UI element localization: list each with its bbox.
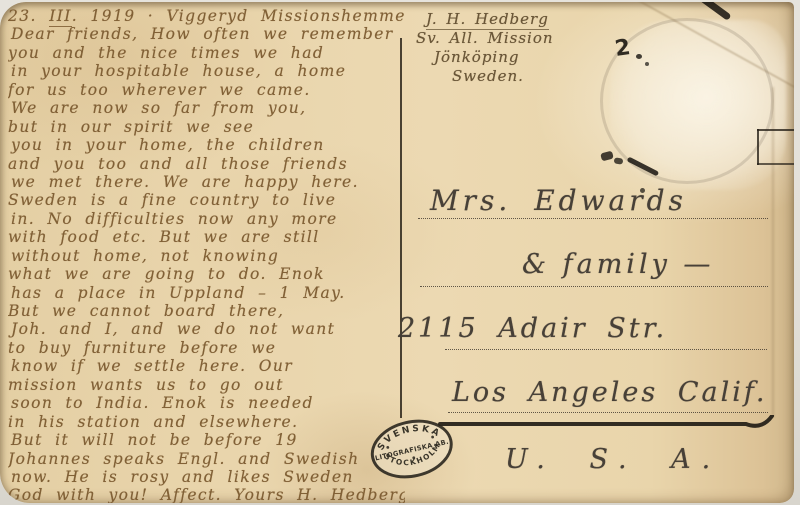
letter-line: but in our spirit we see — [8, 118, 405, 136]
hand-drawn-underline — [438, 415, 784, 433]
address-dotted-rule — [445, 349, 767, 350]
letter-line: we met there. We are happy here. — [11, 173, 405, 191]
address-dotted-rule — [420, 286, 768, 287]
letter-line: you and the nice times we had — [8, 44, 405, 62]
address-recipient: Mrs. Edwards — [430, 184, 687, 217]
letter-line: to buy furniture before we — [8, 339, 405, 357]
letter-line: now. He is rosy and likes Sweden — [11, 468, 405, 486]
sender-city: Jönköping — [434, 48, 554, 67]
address-family: & family — — [522, 249, 714, 280]
letter-line: mission wants us to go out — [8, 376, 405, 394]
address-dotted-rule — [418, 218, 768, 219]
sender-name: J. H. Hedberg — [426, 10, 554, 29]
stamp-box-corner — [757, 129, 794, 131]
letter-line: and you too and all those friends — [8, 155, 405, 173]
postcard: 23. III. 1919 · Viggeryd Missionshemmet … — [0, 2, 794, 503]
stamp-box-corner — [757, 163, 794, 165]
address-country: U. S. A. — [505, 444, 721, 475]
letter-line: Sweden is a fine country to live — [8, 191, 405, 209]
letter-line: know if we settle here. Our — [11, 357, 405, 375]
letter-line: has a place in Uppland – 1 May. — [11, 284, 405, 302]
sender-country: Sweden. — [452, 67, 554, 86]
postmark-digit: 2 — [613, 35, 632, 62]
letter-line: Dear friends, How often we remember — [11, 25, 405, 43]
date-line: 23. III. 1919 · Viggeryd Missionshemmet — [8, 7, 405, 25]
sender-block: J. H. Hedberg Sv. All. Mission Jönköping… — [416, 10, 554, 86]
letter-line: for us too wherever we came. — [8, 81, 405, 99]
letter-line: Joh. and I, and we do not want — [11, 320, 405, 338]
address-dotted-rule — [448, 412, 768, 413]
letter-line: God with you! Affect. Yours H. Hedberg — [8, 486, 405, 503]
stamp-box-corner — [757, 129, 759, 165]
address-city: Los Angeles Calif. — [452, 377, 767, 408]
postmark-ink-smudge — [698, 2, 731, 21]
letter-line: Johannes speaks Engl. and Swedish — [8, 450, 405, 468]
letter-line: you in your home, the children — [11, 136, 405, 154]
letter-line: soon to India. Enok is needed — [11, 394, 405, 412]
paper-crease — [772, 87, 774, 417]
postmark-ink-smudge — [614, 157, 624, 164]
letter-line: But it will not be before 19 — [11, 431, 405, 449]
letter-line: in your hospitable house, a home — [11, 62, 405, 80]
postmark-ink-smudge — [600, 151, 614, 162]
date-month-underlined: III — [49, 7, 72, 27]
address-street: 2115 Adair Str. — [398, 313, 667, 344]
letter-line: in. No difficulties now any more — [11, 210, 405, 228]
letter-line: We are now so far from you, — [11, 99, 405, 117]
postmark-ink-smudge — [636, 54, 642, 59]
letter-line: what we are going to do. Enok — [8, 265, 405, 283]
date-day: 23. — [8, 7, 49, 25]
divider-line — [400, 38, 402, 418]
letter-line: in his station and elsewhere. — [8, 413, 405, 431]
sender-org: Sv. All. Mission — [416, 29, 554, 48]
letter-line: with food etc. But we are still — [8, 228, 405, 246]
letter-body: 23. III. 1919 · Viggeryd Missionshemmet … — [8, 7, 405, 503]
postmark-ink-smudge — [645, 62, 649, 66]
date-rest: . 1919 · Viggeryd Missionshemmet — [72, 7, 405, 25]
letter-line: But we cannot board there, — [8, 302, 405, 320]
letter-line: without home, not knowing — [11, 247, 405, 265]
